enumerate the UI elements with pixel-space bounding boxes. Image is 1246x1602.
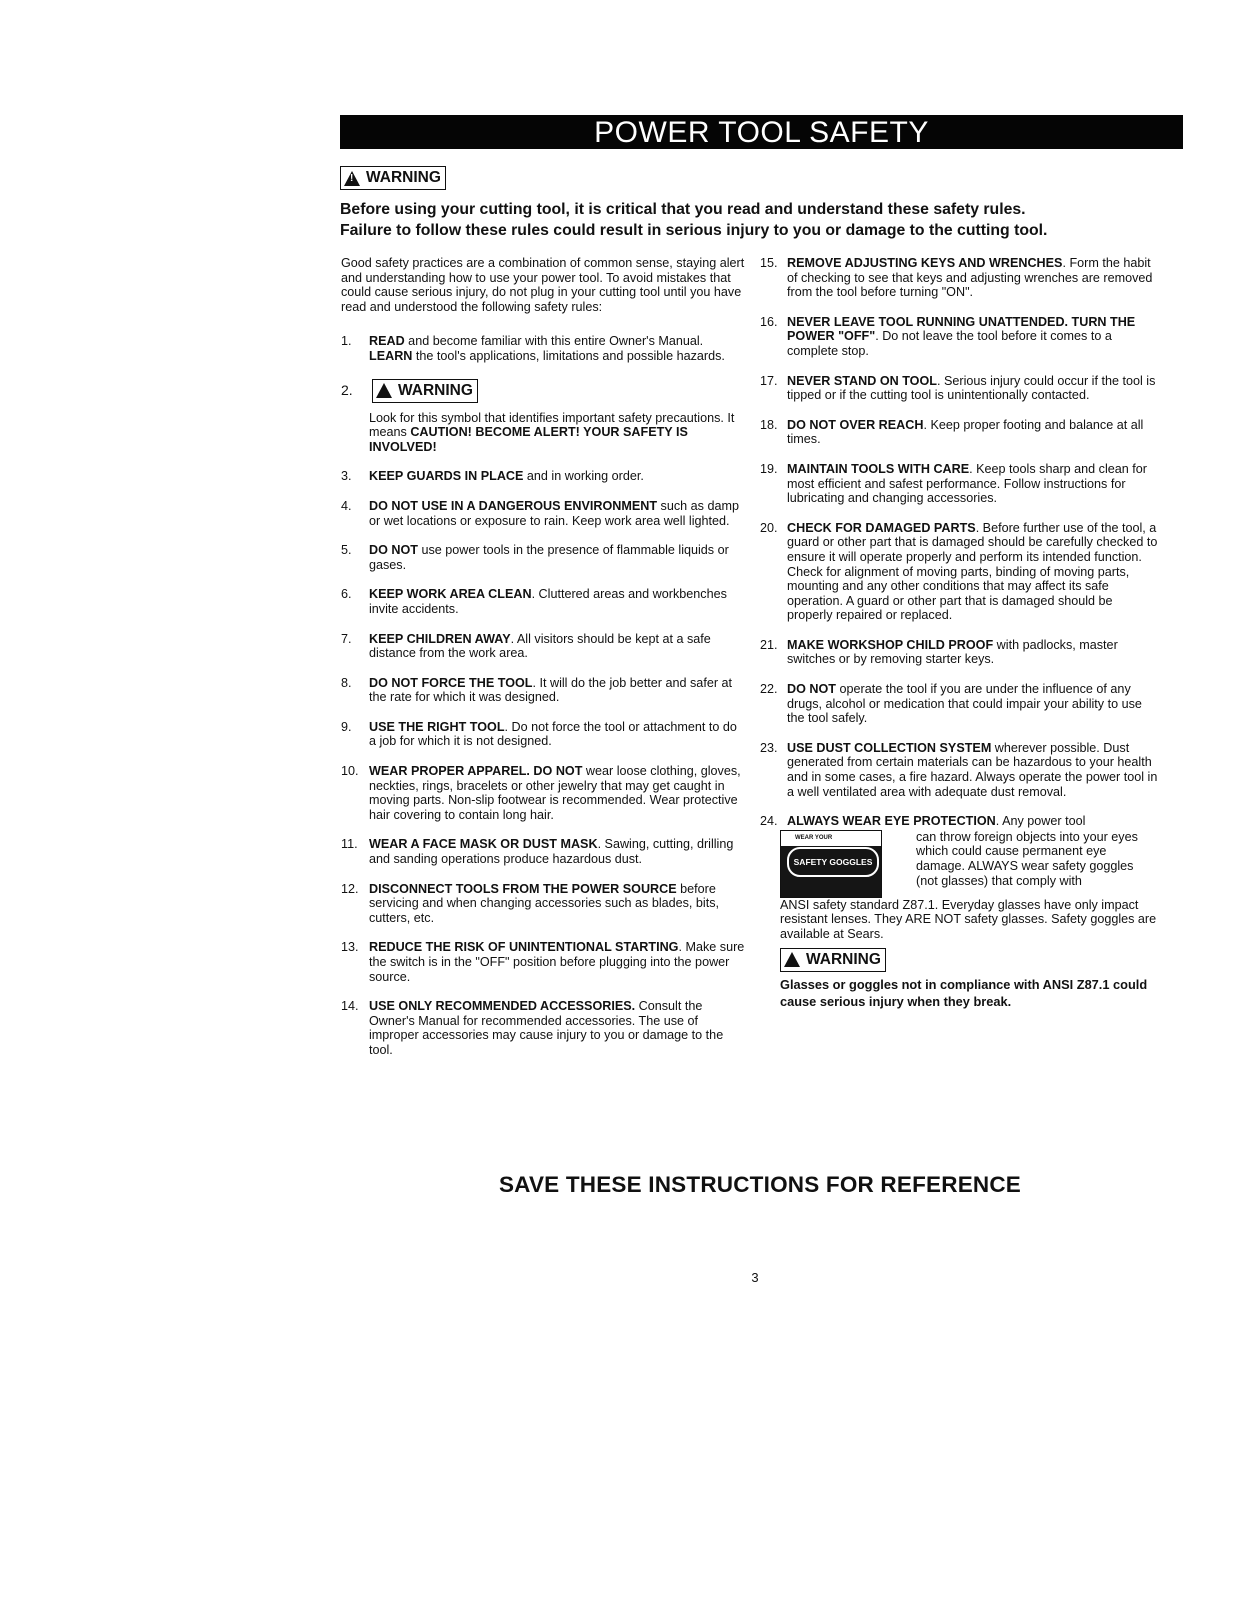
- rule-item-8: 8.DO NOT FORCE THE TOOL. It will do the …: [341, 676, 746, 705]
- rule-heading: DO NOT: [369, 543, 418, 557]
- warning-triangle-icon: [784, 952, 800, 967]
- rule-item-13: 13.REDUCE THE RISK OF UNINTENTIONAL STAR…: [341, 940, 746, 984]
- rule-heading: REMOVE ADJUSTING KEYS AND WRENCHES: [787, 256, 1062, 270]
- lead-line-1: Before using your cutting tool, it is cr…: [340, 199, 1180, 220]
- rule-number: 17.: [760, 374, 778, 389]
- rule-number: 1.: [341, 334, 352, 349]
- rule-item-10: 10.WEAR PROPER APPAREL. DO NOT wear loos…: [341, 764, 746, 822]
- rule-item-23: 23.USE DUST COLLECTION SYSTEM wherever p…: [760, 741, 1160, 799]
- rule-heading: DO NOT: [787, 682, 836, 696]
- left-column: Good safety practices are a combination …: [341, 256, 746, 1073]
- goggles-warning-text: Glasses or goggles not in compliance wit…: [780, 976, 1160, 1010]
- rule-text: and in working order.: [523, 469, 643, 483]
- rule-heading: DISCONNECT TOOLS FROM THE POWER SOURCE: [369, 882, 677, 896]
- rule-item-14: 14.USE ONLY RECOMMENDED ACCESSORIES. Con…: [341, 999, 746, 1057]
- rule-item-20: 20.CHECK FOR DAMAGED PARTS. Before furth…: [760, 521, 1160, 623]
- rule-number: 15.: [760, 256, 778, 271]
- rule-number: 6.: [341, 587, 352, 602]
- rule-number: 3.: [341, 469, 352, 484]
- rule-number: 20.: [760, 521, 778, 536]
- rule-number: 9.: [341, 720, 352, 735]
- rule-item-11: 11.WEAR A FACE MASK OR DUST MASK. Sawing…: [341, 837, 746, 866]
- right-column: 15.REMOVE ADJUSTING KEYS AND WRENCHES. F…: [760, 256, 1160, 1010]
- lead-line-2: Failure to follow these rules could resu…: [340, 220, 1180, 241]
- rule-number: 19.: [760, 462, 778, 477]
- warning-badge: WARNING: [372, 379, 478, 403]
- rule-text: . Before further use of the tool, a guar…: [787, 521, 1157, 623]
- rule-lead-text: . Any power tool: [996, 814, 1086, 828]
- rule-heading: USE THE RIGHT TOOL: [369, 720, 505, 734]
- rule-item-19: 19.MAINTAIN TOOLS WITH CARE. Keep tools …: [760, 462, 1160, 506]
- rules-list-right: 15.REMOVE ADJUSTING KEYS AND WRENCHES. F…: [760, 256, 1160, 799]
- rule-text: operate the tool if you are under the in…: [787, 682, 1142, 725]
- goggles-lens-text: SAFETY GOGGLES: [787, 847, 879, 877]
- rule-item-3: 3.KEEP GUARDS IN PLACE and in working or…: [341, 469, 746, 484]
- rule-item-16: 16.NEVER LEAVE TOOL RUNNING UNATTENDED. …: [760, 315, 1160, 359]
- warning-label: WARNING: [366, 167, 441, 189]
- rule-number: 12.: [341, 882, 359, 897]
- eye-protection-block: WEAR YOUR SAFETY GOGGLES can throw forei…: [780, 830, 1160, 898]
- rule-item-9: 9.USE THE RIGHT TOOL. Do not force the t…: [341, 720, 746, 749]
- rule-number: 18.: [760, 418, 778, 433]
- rule-heading: WEAR PROPER APPAREL. DO NOT: [369, 764, 582, 778]
- rule-item-24: 24. ALWAYS WEAR EYE PROTECTION. Any powe…: [760, 814, 1160, 829]
- warning-label: WARNING: [806, 949, 881, 971]
- lead-warning-text: Before using your cutting tool, it is cr…: [340, 199, 1180, 241]
- rule-item-4: 4.DO NOT USE IN A DANGEROUS ENVIRONMENT …: [341, 499, 746, 528]
- rule-heading: DO NOT OVER REACH: [787, 418, 923, 432]
- rule-number: 13.: [341, 940, 359, 955]
- rules-list-left: 1.READ and become familiar with this ent…: [341, 334, 746, 1057]
- rule-number: 8.: [341, 676, 352, 691]
- rule-number: 23.: [760, 741, 778, 756]
- rule-heading: KEEP GUARDS IN PLACE: [369, 469, 523, 483]
- intro-paragraph: Good safety practices are a combination …: [341, 256, 746, 314]
- goggles-side-text: can throw foreign objects into your eyes…: [916, 830, 1146, 898]
- rule-text: use power tools in the presence of flamm…: [369, 543, 729, 572]
- goggles-caption: WEAR YOUR: [781, 831, 881, 846]
- rule-heading: NEVER STAND ON TOOL: [787, 374, 937, 388]
- goggles-follow-text: ANSI safety standard Z87.1. Everyday gla…: [780, 898, 1160, 942]
- warning-triangle-icon: [344, 171, 360, 186]
- rule-item-22: 22.DO NOT operate the tool if you are un…: [760, 682, 1160, 726]
- rule-item-5: 5.DO NOT use power tools in the presence…: [341, 543, 746, 572]
- rule-number: 24.: [760, 814, 778, 829]
- rule-number: 14.: [341, 999, 359, 1014]
- rule-heading: KEEP CHILDREN AWAY: [369, 632, 511, 646]
- rule-text: the tool's applications, limitations and…: [412, 349, 725, 363]
- rule-number: 5.: [341, 543, 352, 558]
- rule-heading: LEARN: [369, 349, 412, 363]
- rule-item-1: 1.READ and become familiar with this ent…: [341, 334, 746, 363]
- rule-heading: ALWAYS WEAR EYE PROTECTION: [787, 814, 996, 828]
- page-number: 3: [740, 1270, 770, 1285]
- rule-heading: KEEP WORK AREA CLEAN: [369, 587, 532, 601]
- rule-item-7: 7.KEEP CHILDREN AWAY. All visitors shoul…: [341, 632, 746, 661]
- goggles-warning-badge: WARNING: [780, 948, 886, 972]
- rule-heading: DO NOT FORCE THE TOOL: [369, 676, 533, 690]
- rule-item-21: 21.MAKE WORKSHOP CHILD PROOF with padloc…: [760, 638, 1160, 667]
- rule-heading: CAUTION! BECOME ALERT! YOUR SAFETY IS IN…: [369, 425, 688, 454]
- rule-number: 7.: [341, 632, 352, 647]
- rule-heading: MAINTAIN TOOLS WITH CARE: [787, 462, 969, 476]
- warning-label: WARNING: [398, 380, 473, 402]
- rule-heading: WEAR A FACE MASK OR DUST MASK: [369, 837, 598, 851]
- rule-item-15: 15.REMOVE ADJUSTING KEYS AND WRENCHES. F…: [760, 256, 1160, 300]
- rule-number: 10.: [341, 764, 359, 779]
- rule-text: and become familiar with this entire Own…: [405, 334, 704, 348]
- rule-heading: USE ONLY RECOMMENDED ACCESSORIES.: [369, 999, 635, 1013]
- rule-item-17: 17.NEVER STAND ON TOOL. Serious injury c…: [760, 374, 1160, 403]
- rule-number: 4.: [341, 499, 352, 514]
- rule-heading: REDUCE THE RISK OF UNINTENTIONAL STARTIN…: [369, 940, 678, 954]
- warning-triangle-icon: [376, 383, 392, 398]
- rule-heading: MAKE WORKSHOP CHILD PROOF: [787, 638, 993, 652]
- rule-item-6: 6.KEEP WORK AREA CLEAN. Cluttered areas …: [341, 587, 746, 616]
- rule-heading: DO NOT USE IN A DANGEROUS ENVIRONMENT: [369, 499, 657, 513]
- page-title-banner: POWER TOOL SAFETY: [340, 115, 1183, 149]
- rule-number: 2.: [341, 383, 353, 398]
- rule-heading: CHECK FOR DAMAGED PARTS: [787, 521, 976, 535]
- rule-item-12: 12.DISCONNECT TOOLS FROM THE POWER SOURC…: [341, 882, 746, 926]
- rule-number: 21.: [760, 638, 778, 653]
- rule-number: 11.: [341, 837, 358, 852]
- rule-item-2: 2.WARNINGLook for this symbol that ident…: [341, 379, 746, 455]
- rule-heading: USE DUST COLLECTION SYSTEM: [787, 741, 991, 755]
- rule-number: 16.: [760, 315, 778, 330]
- manual-page: POWER TOOL SAFETY WARNING Before using y…: [0, 0, 1246, 1602]
- warning-badge: WARNING: [340, 166, 446, 190]
- safety-goggles-icon: WEAR YOUR SAFETY GOGGLES: [780, 830, 882, 898]
- rule-heading: READ: [369, 334, 405, 348]
- save-instructions-heading: SAVE THESE INSTRUCTIONS FOR REFERENCE: [340, 1171, 1180, 1199]
- rule-item-18: 18.DO NOT OVER REACH. Keep proper footin…: [760, 418, 1160, 447]
- rule-number: 22.: [760, 682, 778, 697]
